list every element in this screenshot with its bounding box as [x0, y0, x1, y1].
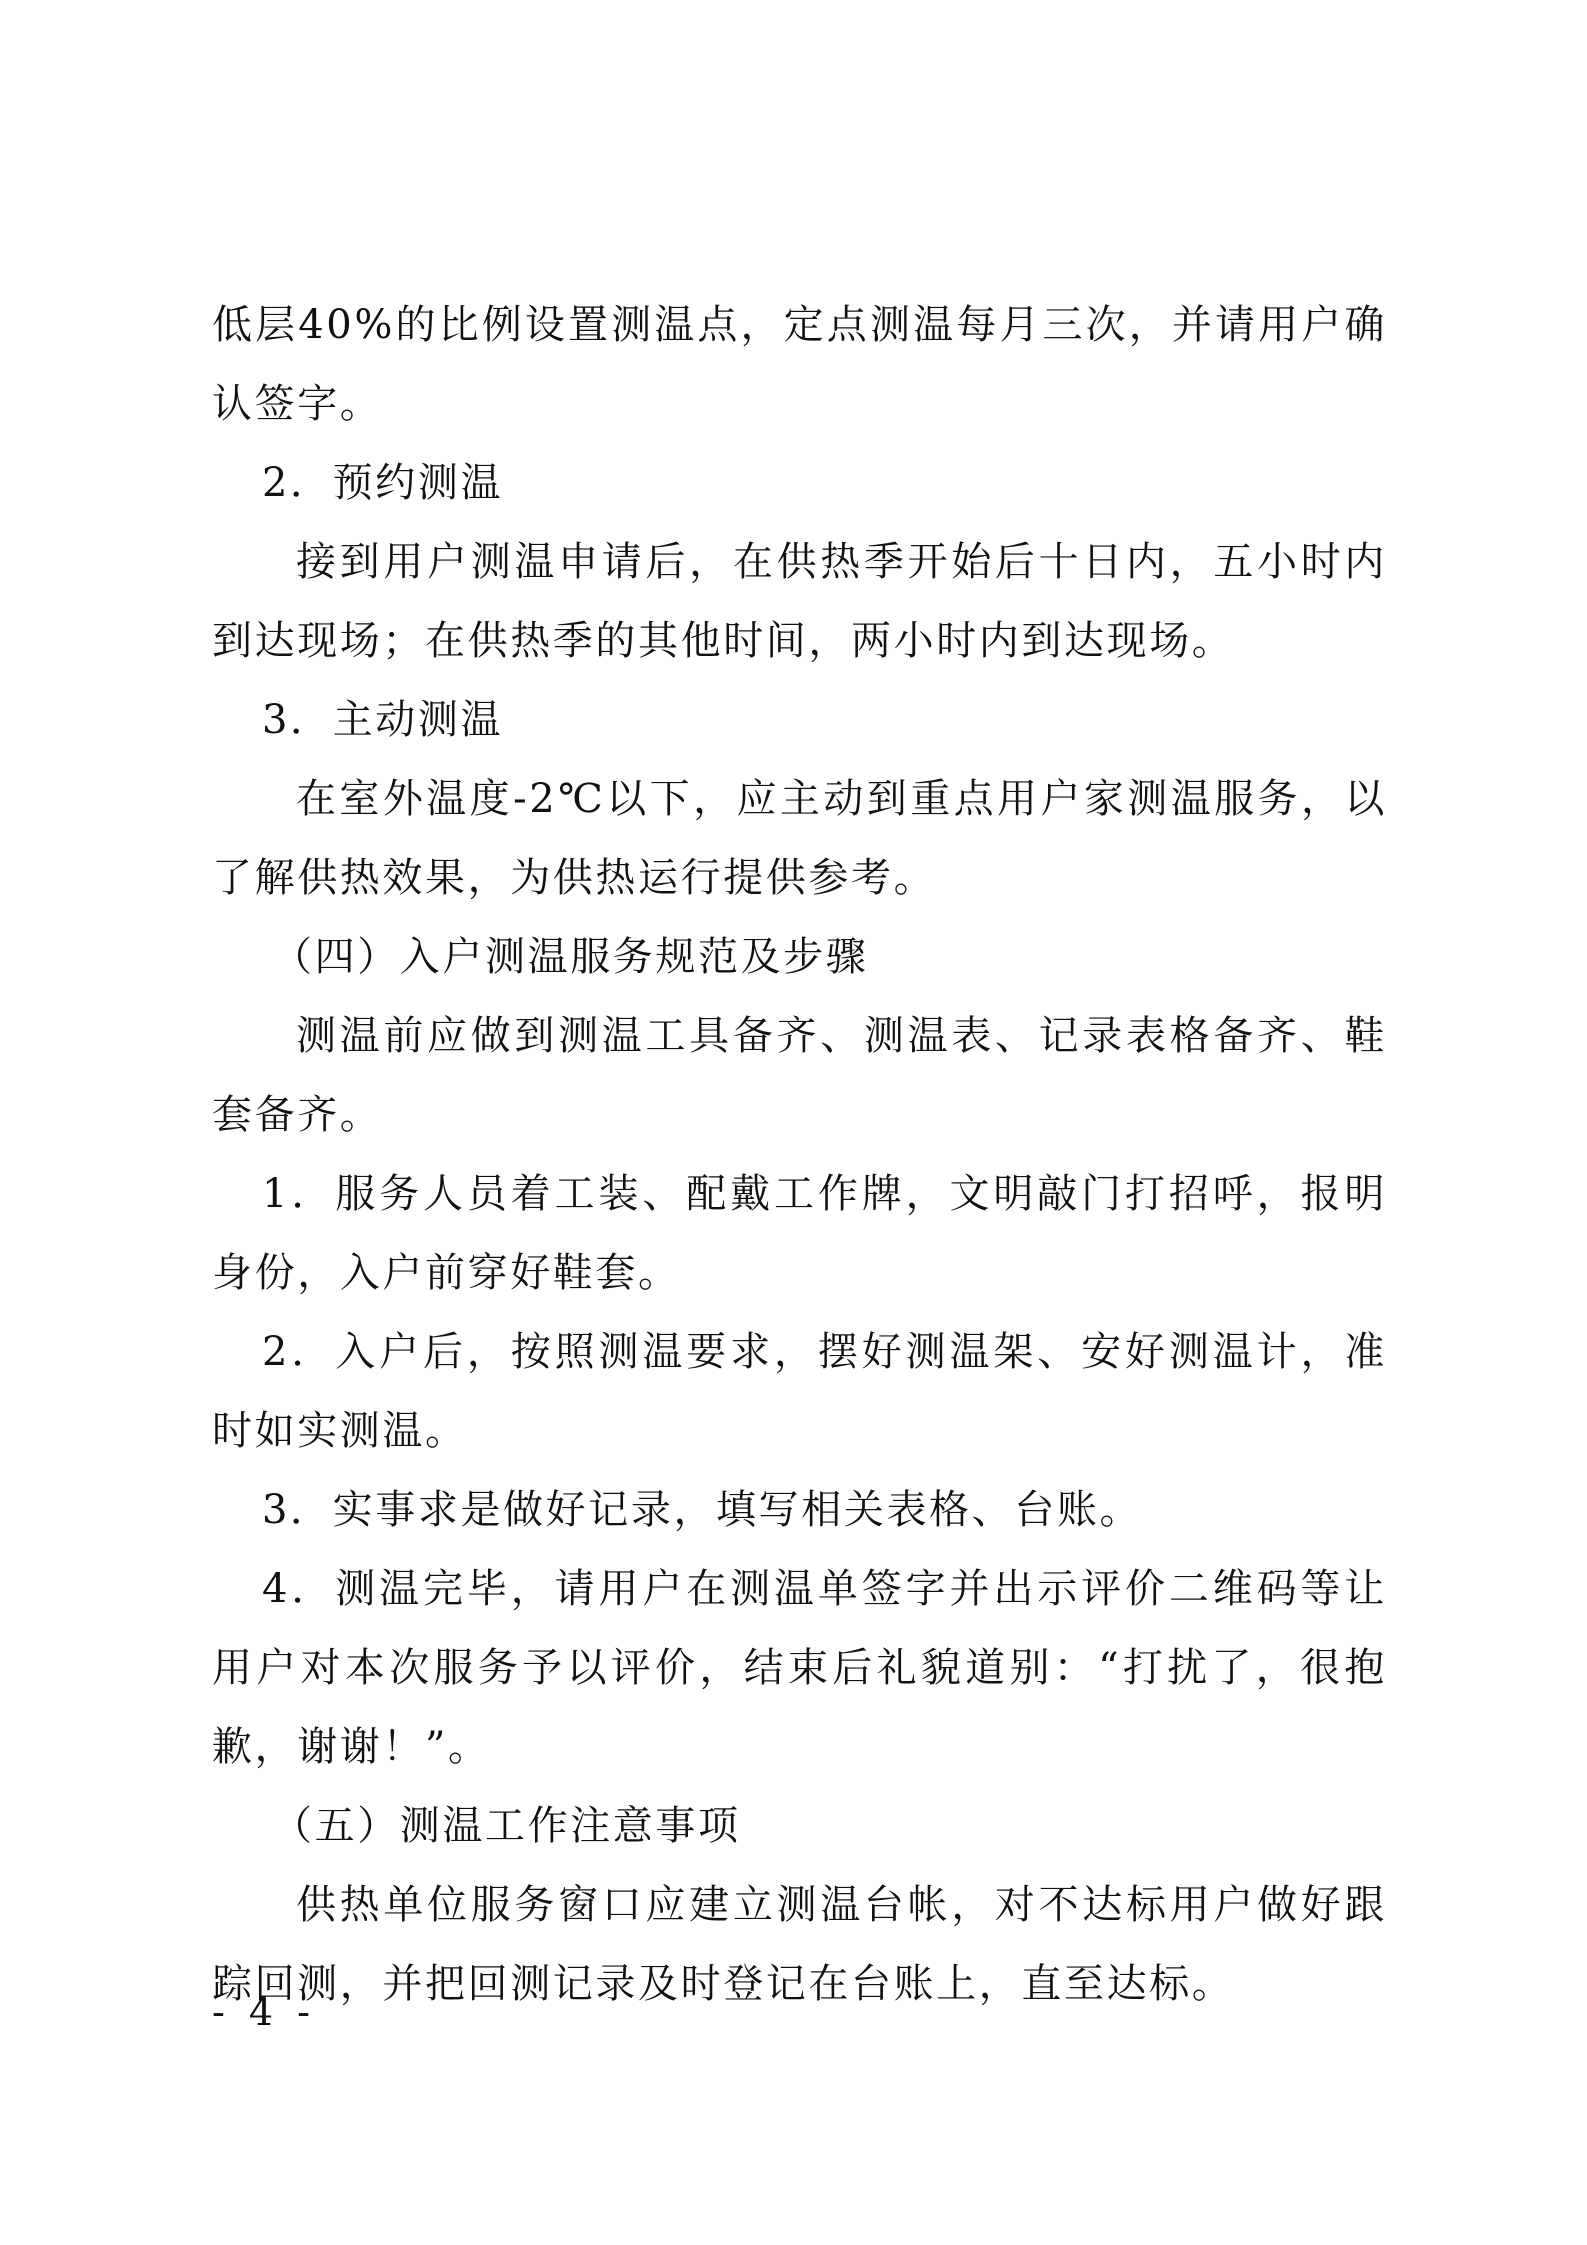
paragraph-appointment-details: 接到用户测温申请后，在供热季开始后十日内，五小时内到达现场；在供热季的其他时间，…: [212, 523, 1387, 681]
list-item-1: 1．服务人员着工装、配戴工作牌，文明敲门打招呼，报明身份，入户前穿好鞋套。: [212, 1155, 1387, 1313]
list-item-4: 4．测温完毕，请用户在测温单签字并出示评价二维码等让用户对本次服务予以评价，结束…: [212, 1550, 1387, 1787]
paragraph-continuation: 低层40%的比例设置测温点，定点测温每月三次，并请用户确认签字。: [212, 286, 1387, 444]
section-heading-five: （五）测温工作注意事项: [212, 1787, 1387, 1866]
heading-active-measurement: 3．主动测温: [212, 681, 1387, 760]
paragraph-preparation: 测温前应做到测温工具备齐、测温表、记录表格备齐、鞋套备齐。: [212, 997, 1387, 1155]
paragraph-notes: 供热单位服务窗口应建立测温台帐，对不达标用户做好跟踪回测，并把回测记录及时登记在…: [212, 1866, 1387, 2024]
list-item-3: 3．实事求是做好记录，填写相关表格、台账。: [212, 1471, 1387, 1550]
heading-appointment-measurement: 2．预约测温: [212, 444, 1387, 523]
paragraph-active-details: 在室外温度-2℃以下，应主动到重点用户家测温服务，以了解供热效果，为供热运行提供…: [212, 760, 1387, 918]
section-heading-four: （四）入户测温服务规范及步骤: [212, 918, 1387, 997]
document-body: 低层40%的比例设置测温点，定点测温每月三次，并请用户确认签字。 2．预约测温 …: [212, 286, 1387, 2024]
list-item-2: 2．入户后，按照测温要求，摆好测温架、安好测温计，准时如实测温。: [212, 1313, 1387, 1471]
page-number: - 4 -: [212, 1990, 316, 2034]
